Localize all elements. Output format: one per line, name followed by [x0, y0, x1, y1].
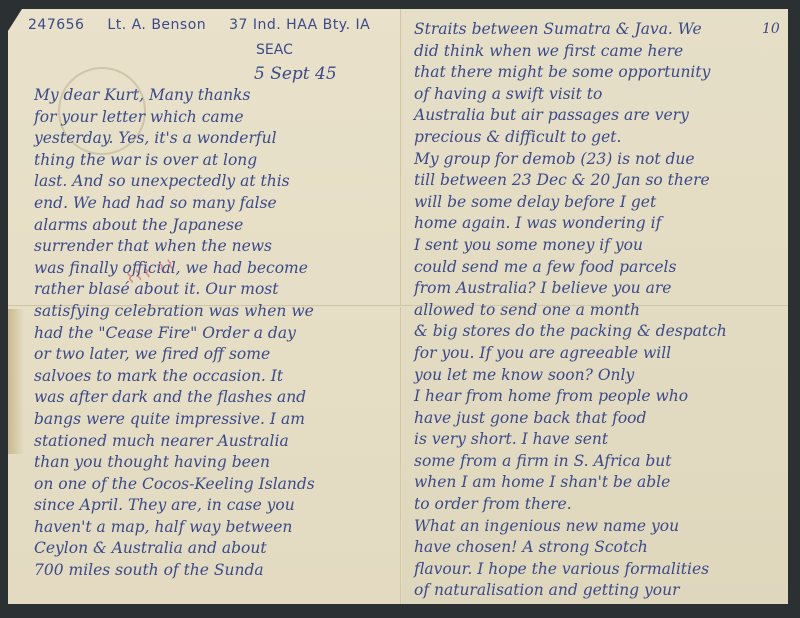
handwritten-line: flavour. I hope the various formalities: [414, 559, 727, 581]
handwritten-line: Australia but air passages are very: [414, 105, 727, 127]
page-number: 10: [762, 21, 780, 37]
handwritten-line: for you. If you are agreeable will: [414, 343, 727, 365]
handwritten-line: rather blasé about it. Our most: [34, 279, 315, 301]
handwritten-line: I hear from home from people who: [414, 386, 727, 408]
handwritten-line: last. And so unexpectedly at this: [34, 171, 315, 193]
handwritten-line: thing the war is over at long: [34, 150, 315, 172]
letter-date: 5 Sept 45: [254, 64, 337, 84]
handwritten-line: to order from there.: [414, 494, 727, 516]
handwritten-line: salvoes to mark the occasion. It: [34, 366, 315, 388]
handwritten-line: from Australia? I believe you are: [414, 278, 727, 300]
handwritten-line: for your letter which came: [34, 107, 315, 129]
handwritten-line: on one of the Cocos-Keeling Islands: [34, 474, 315, 496]
command-label: SEAC: [256, 42, 293, 58]
handwritten-line: had the "Cease Fire" Order a day: [34, 323, 315, 345]
handwritten-line: alarms about the Japanese: [34, 215, 315, 237]
handwritten-line: Straits between Sumatra & Java. We: [414, 19, 727, 41]
left-column-text: My dear Kurt, Many thanksfor your letter…: [34, 85, 315, 582]
handwritten-line: I sent you some money if you: [414, 235, 727, 257]
handwritten-line: than you thought having been: [34, 452, 315, 474]
handwritten-line: till between 23 Dec & 20 Jan so there: [414, 170, 727, 192]
handwritten-line: of naturalisation and getting your: [414, 580, 727, 602]
handwritten-line: allowed to send one a month: [414, 300, 727, 322]
handwritten-line: could send me a few food parcels: [414, 257, 727, 279]
handwritten-line: is very short. I have sent: [414, 429, 727, 451]
handwritten-line: Ceylon & Australia and about: [34, 538, 315, 560]
handwritten-line: 700 miles south of the Sunda: [34, 560, 315, 582]
handwritten-line: stationed much nearer Australia: [34, 431, 315, 453]
handwritten-line: of having a swift visit to: [414, 84, 727, 106]
handwritten-line: you let me know soon? Only: [414, 365, 727, 387]
right-column-text: Straits between Sumatra & Java. Wedid th…: [414, 19, 727, 602]
handwritten-line: when I am home I shan't be able: [414, 472, 727, 494]
handwritten-line: My group for demob (23) is not due: [414, 149, 727, 171]
handwritten-line: or two later, we fired off some: [34, 344, 315, 366]
handwritten-line: have just gone back that food: [414, 408, 727, 430]
handwritten-line: What an ingenious new name you: [414, 516, 727, 538]
handwritten-line: My dear Kurt, Many thanks: [34, 85, 315, 107]
paper-stain: [8, 309, 24, 454]
letter-sheet: ⌇⌇⌇ ⌇⌇ 247656 Lt. A. Benson 37 Ind. HAA …: [8, 9, 788, 604]
handwritten-line: & big stores do the packing & despatch: [414, 321, 727, 343]
letter-header: 247656 Lt. A. Benson 37 Ind. HAA Bty. IA: [28, 17, 388, 33]
handwritten-line: precious & difficult to get.: [414, 127, 727, 149]
handwritten-line: home again. I was wondering if: [414, 213, 727, 235]
handwritten-line: was finally official, we had become: [34, 258, 315, 280]
handwritten-line: will be some delay before I get: [414, 192, 727, 214]
service-number: 247656: [28, 17, 84, 33]
sender-name: Lt. A. Benson: [107, 17, 206, 33]
handwritten-line: since April. They are, in case you: [34, 495, 315, 517]
handwritten-line: was after dark and the flashes and: [34, 387, 315, 409]
handwritten-line: bangs were quite impressive. I am: [34, 409, 315, 431]
handwritten-line: end. We had had so many false: [34, 193, 315, 215]
handwritten-line: satisfying celebration was when we: [34, 301, 315, 323]
handwritten-line: yesterday. Yes, it's a wonderful: [34, 128, 315, 150]
handwritten-line: some from a firm in S. Africa but: [414, 451, 727, 473]
handwritten-line: did think when we first came here: [414, 41, 727, 63]
handwritten-line: that there might be some opportunity: [414, 62, 727, 84]
sender-unit: 37 Ind. HAA Bty. IA: [229, 17, 370, 33]
handwritten-line: haven't a map, half way between: [34, 517, 315, 539]
handwritten-line: surrender that when the news: [34, 236, 315, 258]
handwritten-line: have chosen! A strong Scotch: [414, 537, 727, 559]
